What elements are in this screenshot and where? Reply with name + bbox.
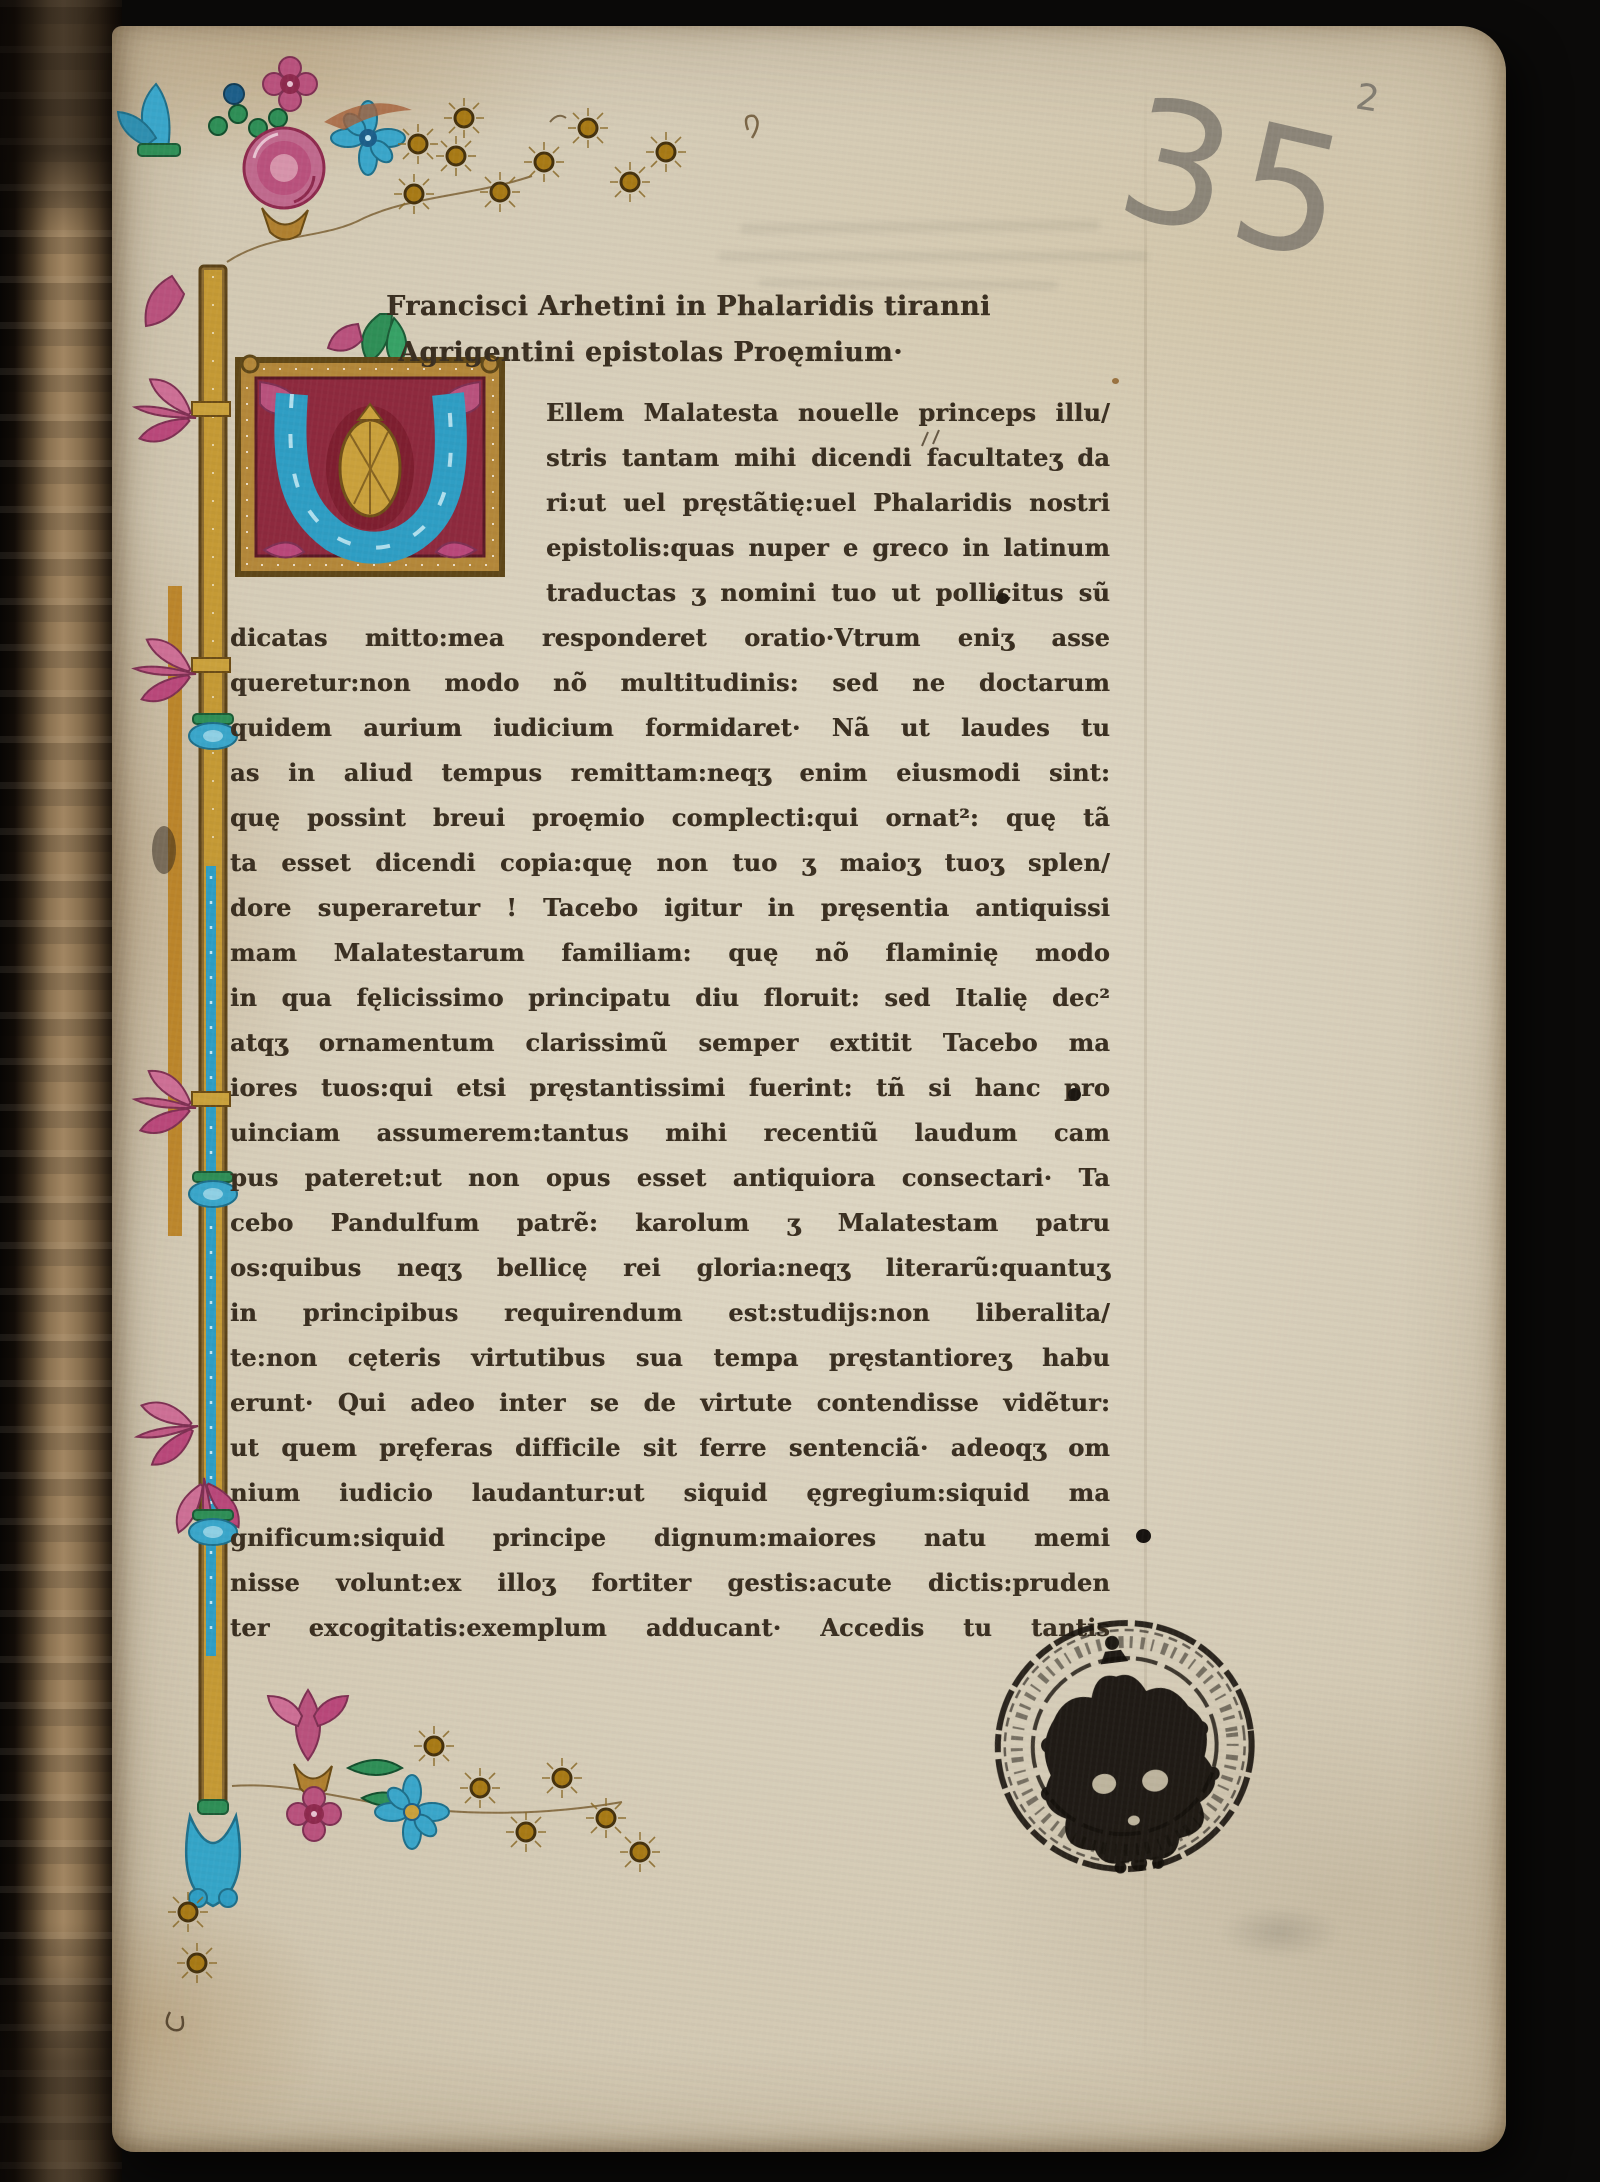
text-line: os:quibus neqʒ bellicę rei gloria:neqʒ l… [230, 1245, 1110, 1290]
book-spine [0, 0, 122, 2182]
border-bar [152, 266, 226, 1806]
text-line: te:non cęteris virtutibus sua tempa pręs… [230, 1335, 1110, 1380]
ink-spot [1136, 1529, 1151, 1543]
text-line: as in aliud tempus remittam:neqʒ enim ei… [230, 750, 1110, 795]
ink-spot [996, 593, 1009, 604]
text-line: iores tuos:qui etsi pręstantissimi fueri… [230, 1065, 1110, 1110]
text-line: cebo Pandulfum patrẽ: karolum ʒ Malatest… [230, 1200, 1110, 1245]
text-line: in qua fęlicissimo principatu diu florui… [230, 975, 1110, 1020]
text-line: in principibus requirendum est:studijs:n… [230, 1290, 1110, 1335]
text-block: Francisci Arhetini in Phalaridis tiranni… [230, 284, 1110, 1650]
text-line: ta esset dicendi copia:quę non tuo ʒ mai… [230, 840, 1110, 885]
text-line: dicatas mitto:mea responderet oratio·Vtr… [230, 615, 1110, 660]
bottom-floral-spray [167, 1690, 660, 2030]
top-floral-spray [118, 57, 758, 262]
illuminated-initial [230, 390, 546, 615]
show-through [718, 252, 1148, 261]
text-line: dore superaretur ! Tacebo igitur in pręs… [230, 885, 1110, 930]
show-through [740, 220, 1100, 234]
text-line: mam Malatestarum familiam: quę nõ flamin… [230, 930, 1110, 975]
text-line: queretur:non modo nõ multitudinis: sed n… [230, 660, 1110, 705]
proem-paragraph: Ellem Malatesta nouelle princeps illu/ s… [230, 390, 1110, 1650]
text-line: gnificum:siquid principe dignum:maiores … [230, 1515, 1110, 1560]
text-line: uinciam assumerem:tantus mihi recentiũ l… [230, 1110, 1110, 1155]
stain-spot [1112, 378, 1119, 384]
text-line: erunt· Qui adeo inter se de virtute cont… [230, 1380, 1110, 1425]
ink-spot [1068, 1088, 1081, 1101]
folio-number: 2 [1353, 76, 1382, 120]
photograph: Francisci Arhetini in Phalaridis tiranni… [0, 0, 1600, 2182]
handwritten-page-number: 35 [1103, 59, 1371, 302]
book-page: Francisci Arhetini in Phalaridis tiranni… [112, 26, 1506, 2152]
text-line: quę possint breui proęmio complecti:qui … [230, 795, 1110, 840]
text-line: quidem aurium iudicium formidaret· Nã ut… [230, 705, 1110, 750]
border-nodes [130, 276, 241, 1907]
text-line: nisse volunt:ex illoʒ fortiter gestis:ac… [230, 1560, 1110, 1605]
text-line: atqʒ ornamentum clarissimũ semper extiti… [230, 1020, 1110, 1065]
smudge [1220, 1906, 1340, 1958]
library-stamp [973, 1600, 1278, 1897]
text-line: ut quem pręferas difficile sit ferre sen… [230, 1425, 1110, 1470]
text-line: pus pateret:ut non opus esset antiquiora… [230, 1155, 1110, 1200]
text-line: nium iudicio laudantur:ut siquid ęgregiu… [230, 1470, 1110, 1515]
